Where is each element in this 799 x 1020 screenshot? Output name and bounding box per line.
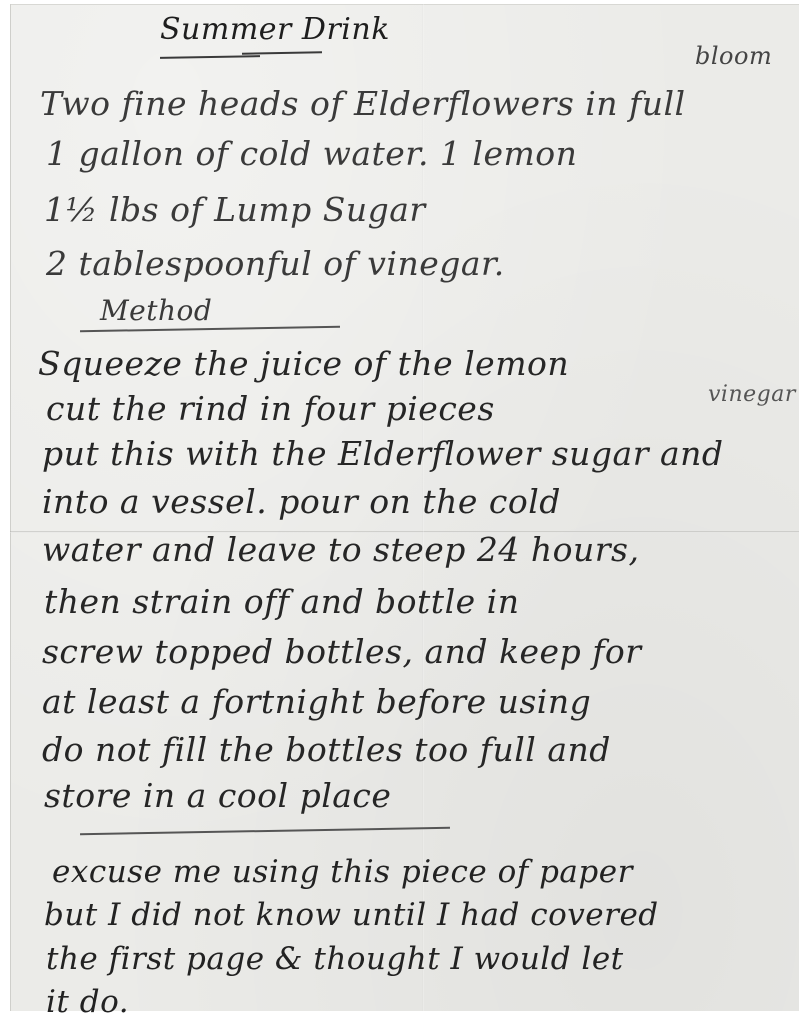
method-line-7: screw topped bottles, and keep for bbox=[42, 632, 642, 671]
title-underline bbox=[160, 55, 260, 59]
method-line-1: Squeeze the juice of the lemon bbox=[38, 344, 569, 383]
ingredient-line-4: 2 tablespoonful of vinegar. bbox=[46, 244, 505, 283]
recipe-title: Summer Drink bbox=[160, 12, 390, 47]
margin-note-bloom: bloom bbox=[695, 42, 772, 70]
ingredient-line-3: 1½ lbs of Lump Sugar bbox=[44, 190, 426, 229]
method-line-9: do not fill the bottles too full and bbox=[42, 730, 611, 769]
method-line-2: cut the rind in four pieces bbox=[46, 389, 495, 428]
handwritten-page: Summer Drink bloom Two fine heads of Eld… bbox=[10, 4, 799, 1011]
margin-note-vinegar: vinegar bbox=[708, 382, 796, 407]
method-line-6: then strain off and bottle in bbox=[44, 582, 519, 621]
postscript-line-4: it do. bbox=[46, 984, 129, 1011]
postscript-line-1: excuse me using this piece of paper bbox=[52, 854, 633, 890]
method-line-8: at least a fortnight before using bbox=[42, 682, 591, 721]
method-line-3: put this with the Elderflower sugar and bbox=[42, 434, 724, 473]
title-underline-2 bbox=[242, 51, 322, 54]
ingredient-line-2: 1 gallon of cold water. 1 lemon bbox=[46, 134, 577, 173]
method-heading: Method bbox=[100, 294, 212, 327]
postscript-line-2: but I did not know until I had covered bbox=[44, 897, 659, 933]
method-line-10: store in a cool place bbox=[44, 776, 391, 815]
method-line-4: into a vessel. pour on the cold bbox=[42, 482, 561, 521]
section-divider bbox=[80, 827, 450, 835]
postscript-line-3: the first page & thought I would let bbox=[46, 941, 624, 977]
method-line-5: water and leave to steep 24 hours, bbox=[42, 530, 639, 569]
ingredient-line-1: Two fine heads of Elderflowers in full bbox=[40, 84, 686, 123]
